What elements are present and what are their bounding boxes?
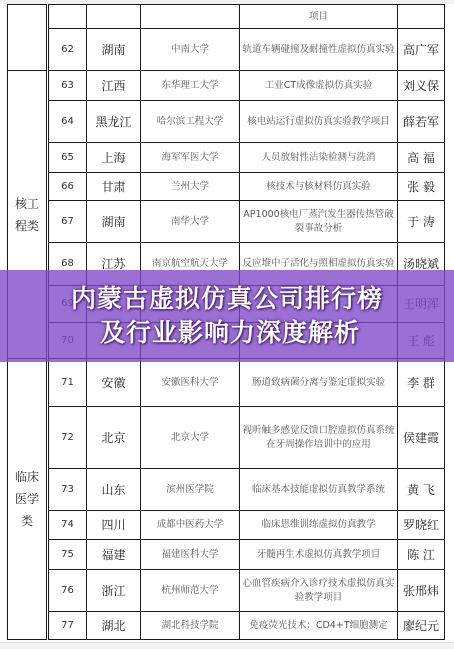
cell-province: 四川 (87, 511, 141, 540)
cell-university: 海军军医大学 (141, 143, 240, 173)
cell-province: 湖南 (87, 201, 141, 243)
table-row: 67 湖南 南华大学 AP1000核电厂蒸汽发生器传热管破裂事故分析 于 涛 (8, 201, 445, 243)
cell-project: 项目 (240, 5, 398, 29)
cell-person (398, 5, 445, 29)
table-row: 76 浙江 杭州师范大学 心血管疾病介入诊疗技术虚拟仿真实验教学项目 张邢炜 (8, 570, 445, 612)
cell-person: 于 涛 (398, 201, 445, 243)
cell-province: 江西 (87, 71, 141, 101)
cell-province: 湖北 (87, 612, 141, 640)
table-row: 65 上海 海军军医大学 人员放射性沾染检测与洗消 高 福 (8, 143, 445, 173)
cell-university: 安徽医科大学 (141, 359, 240, 407)
category-cell-clinical-medicine: 临床 医学 类 (8, 359, 48, 640)
cell-person: 罗晓红 (398, 511, 445, 540)
table-row: 64 黑龙江 哈尔滨工程大学 核电站运行虚拟仿真实验教学项目 薛若军 (8, 101, 445, 143)
cell-university: 北京大学 (141, 407, 240, 469)
cell-person: 黄 飞 (398, 469, 445, 511)
cell-project: 人员放射性沾染检测与洗消 (240, 143, 398, 173)
table-row: 72 北京 北京大学 视听触多感觉反馈口腔虚拟仿真系统在牙周操作培训中的应用 侯… (8, 407, 445, 469)
cell-person: 张邢炜 (398, 570, 445, 612)
category-label-line: 程类 (10, 215, 44, 237)
cell-project: 核电站运行虚拟仿真实验教学项目 (240, 101, 398, 143)
cell-province: 浙江 (87, 570, 141, 612)
cell-university: 杭州师范大学 (141, 570, 240, 612)
cell-province: 福建 (87, 540, 141, 570)
cell-person: 高 福 (398, 143, 445, 173)
page-bottom-margin (0, 642, 454, 649)
cell-person: 廖纪元 (398, 612, 445, 640)
table-row: 核工 程类 63 江西 东华理工大学 工业CT成像虚拟仿真实验 刘义保 (8, 71, 445, 101)
cell-project: 工业CT成像虚拟仿真实验 (240, 71, 398, 101)
cell-no: 72 (48, 407, 87, 469)
table-row: 66 甘肃 兰州大学 核技术与核材料仿真实验 张 毅 (8, 173, 445, 201)
cell-no: 77 (48, 612, 87, 640)
cell-person: 高广军 (398, 29, 445, 71)
cell-province: 山东 (87, 469, 141, 511)
table-row: 74 四川 成都中医药大学 临床思维训练虚拟仿真教学 罗晓红 (8, 511, 445, 540)
cell-person: 李 群 (398, 359, 445, 407)
table-row: 项目 (8, 5, 445, 29)
category-cell-previous (8, 5, 48, 71)
cell-province (87, 5, 141, 29)
table-row: 77 湖北 湖北科技学院 免疫荧光技术：CD4+T细胞测定 廖纪元 (8, 612, 445, 640)
table-row: 75 福建 福建医科大学 牙髓再生术虚拟仿真教学项目 陈 江 (8, 540, 445, 570)
category-label-line: 类 (10, 510, 44, 532)
banner-title-line-2: 及行业影响力深度解析 (94, 316, 360, 350)
cell-no: 75 (48, 540, 87, 570)
cell-university: 中南大学 (141, 29, 240, 71)
cell-project: AP1000核电厂蒸汽发生器传热管破裂事故分析 (240, 201, 398, 243)
cell-no (48, 5, 87, 29)
cell-project: 视听触多感觉反馈口腔虚拟仿真系统在牙周操作培训中的应用 (240, 407, 398, 469)
cell-university: 福建医科大学 (141, 540, 240, 570)
cell-university: 南华大学 (141, 201, 240, 243)
cell-province: 甘肃 (87, 173, 141, 201)
cell-university: 成都中医药大学 (141, 511, 240, 540)
cell-university: 兰州大学 (141, 173, 240, 201)
cell-province: 黑龙江 (87, 101, 141, 143)
cell-university: 湖北科技学院 (141, 612, 240, 640)
title-banner: 内蒙古虚拟仿真公司排行榜 及行业影响力深度解析 (0, 270, 454, 362)
cell-project: 肠道致病菌分离与鉴定虚拟实验 (240, 359, 398, 407)
cell-project: 临床思维训练虚拟仿真教学 (240, 511, 398, 540)
category-label-line: 核工 (10, 193, 44, 215)
cell-project: 牙髓再生术虚拟仿真教学项目 (240, 540, 398, 570)
cell-person: 刘义保 (398, 71, 445, 101)
cell-no: 76 (48, 570, 87, 612)
cell-university: 滨州医学院 (141, 469, 240, 511)
banner-title-line-1: 内蒙古虚拟仿真公司排行榜 (71, 282, 383, 316)
cell-university (141, 5, 240, 29)
cell-no: 64 (48, 101, 87, 143)
cell-province: 上海 (87, 143, 141, 173)
cell-province: 安徽 (87, 359, 141, 407)
cell-no: 62 (48, 29, 87, 71)
cell-no: 67 (48, 201, 87, 243)
cell-no: 71 (48, 359, 87, 407)
document-page: 项目 62 湖南 中南大学 轨道车辆碰撞及耐撞性虚拟仿真实验 高广军 核工 程类… (0, 0, 454, 649)
cell-project: 免疫荧光技术：CD4+T细胞测定 (240, 612, 398, 640)
cell-person: 侯建霞 (398, 407, 445, 469)
cell-person: 张 毅 (398, 173, 445, 201)
cell-no: 66 (48, 173, 87, 201)
cell-no: 74 (48, 511, 87, 540)
cell-province: 湖南 (87, 29, 141, 71)
cell-no: 73 (48, 469, 87, 511)
table-row: 62 湖南 中南大学 轨道车辆碰撞及耐撞性虚拟仿真实验 高广军 (8, 29, 445, 71)
cell-no: 65 (48, 143, 87, 173)
cell-university: 哈尔滨工程大学 (141, 101, 240, 143)
table-row: 临床 医学 类 71 安徽 安徽医科大学 肠道致病菌分离与鉴定虚拟实验 李 群 (8, 359, 445, 407)
cell-project: 轨道车辆碰撞及耐撞性虚拟仿真实验 (240, 29, 398, 71)
cell-person: 薛若军 (398, 101, 445, 143)
category-label-line: 医学 (10, 488, 44, 510)
cell-project: 心血管疾病介入诊疗技术虚拟仿真实验教学项目 (240, 570, 398, 612)
category-label-line: 临床 (10, 466, 44, 488)
cell-project: 核技术与核材料仿真实验 (240, 173, 398, 201)
cell-project: 临床基本技能虚拟仿真教学系统 (240, 469, 398, 511)
cell-university: 东华理工大学 (141, 71, 240, 101)
table-row: 73 山东 滨州医学院 临床基本技能虚拟仿真教学系统 黄 飞 (8, 469, 445, 511)
cell-person: 陈 江 (398, 540, 445, 570)
cell-no: 63 (48, 71, 87, 101)
cell-province: 北京 (87, 407, 141, 469)
